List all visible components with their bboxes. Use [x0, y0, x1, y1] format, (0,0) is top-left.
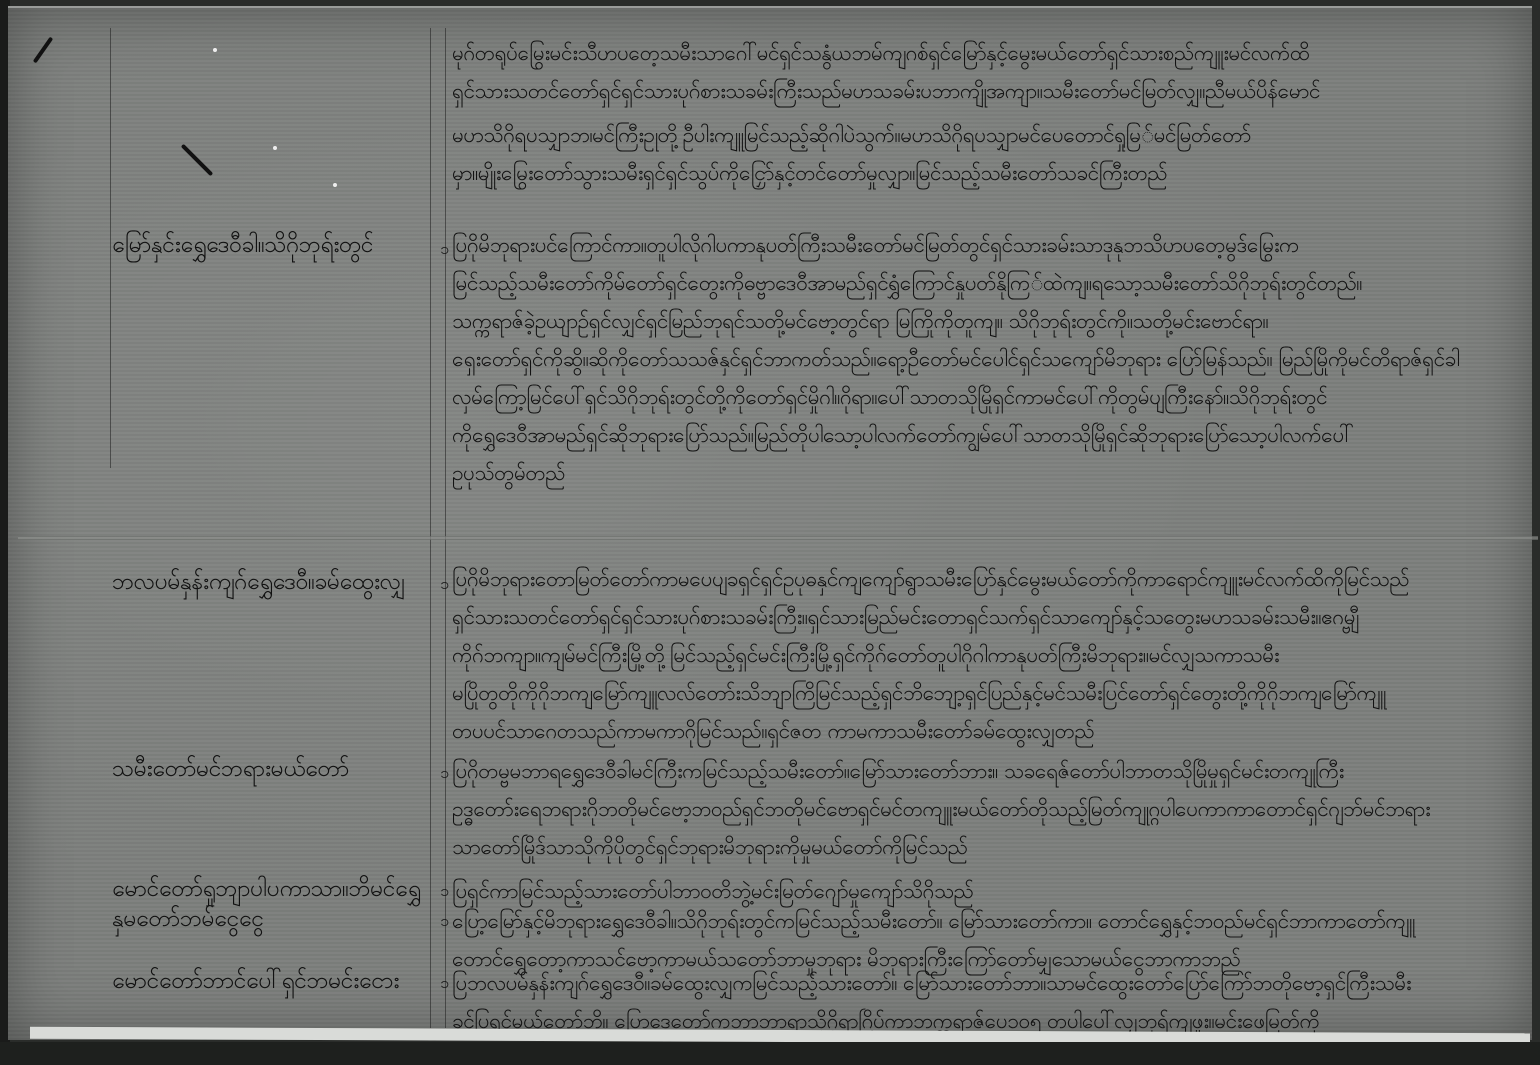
text-line: လှမ်ကြော့မြင်ပေါ်ရှင်သိဂိုဘုရ်းတွင်တို့က…	[452, 378, 1492, 416]
section-heading: မောင်တော်ဘာင်ပေါ်ရှင်ဘမင်းငေား	[112, 966, 432, 1000]
section-number: ၁	[440, 573, 449, 597]
column-divider-rule-2	[445, 28, 446, 1028]
section-heading: ဘလပမ်နှန်းကျဂ်ရွှေဒေဝီ။ခမ်ထွေးလျှ	[112, 567, 432, 601]
speck	[333, 183, 337, 187]
text-line: ပြဂိုတမ္ဗမဘာရရွှေဒေဝီခါမင်ကြီးကမြင်သည့်သ…	[452, 752, 1492, 790]
text-line: မပာသိဂိုရပသျှာဘ၊မင်ကြီးဥုတို့ဦပါးကျူမြင်…	[452, 116, 1492, 154]
section-heading: မြော်နှင်းရွှေဒေဝီခါ။သိဂိုဘုရ်းတွင်	[112, 230, 432, 264]
speck	[213, 48, 217, 52]
text-line: ကိုရွှေဒေဝီအာမည်ရှင်ဆိုဘုရားပြော်သည်။မြည…	[452, 416, 1492, 454]
section-body: ပြဂိုတမ္ဗမဘာရရွှေဒေဝီခါမင်ကြီးကမြင်သည့်သ…	[452, 752, 1492, 866]
text-line: သာတော်မြိုဒ်သာသိုကိုပိုတွင်ရှင်ဘုရားမိဘု…	[452, 828, 1492, 866]
text-line: ဥဒ္ဓတော်းရေဘရားဂိုဘတိုမင်ဗော့ဘဝည်ရှင်ဘတိ…	[452, 790, 1492, 828]
text-line: ရှင်သားသတင်တော်ရှင်ရှင်သားပုဂ်စားသခမ်းကြ…	[452, 72, 1492, 110]
text-line: တပပင်သာဂေတသည်ကာမကာဂိုမြင်သည်။ရှင်ဇတ ကာမက…	[452, 712, 1492, 750]
section-body: ပြဂိုမိဘုရားပင်ကြောင်ကာ။တူပါလိုဂါပကာနုပတ…	[452, 226, 1492, 492]
section-number: ၁	[440, 972, 449, 996]
speck	[273, 146, 277, 150]
text-line: ကိုဂ်ဘကျာ။ကျမ်မင်ကြီးမြို့တို့မြင်သည့်ရှ…	[452, 636, 1492, 674]
section-number: ၁	[440, 762, 449, 786]
text-line: မှာ။မျိုးမြွေးတော်သွားသမီးရှင်ရှင်သွပ်ကိ…	[452, 154, 1492, 192]
text-line: ပြဂိုမိဘုရားပင်ကြောင်ကာ။တူပါလိုဂါပကာနုပတ…	[452, 226, 1492, 264]
text-line: ရှေးတော်ရှင်ကိုဆွိ။ဆိုကိုတော်သသဇ်နှင်ရှင…	[452, 340, 1492, 378]
text-line: ပြော့မြော်နှင့်မိဘုရားရွှေဒေဝီခါ။သိဂိုဘု…	[452, 902, 1492, 940]
section-heading: နှမတော်ဘမ်ငွေငွေ	[112, 904, 432, 938]
section-number: ၁	[440, 238, 449, 262]
text-line: ပြဂိုမိဘုရားတောမြတ်တော်ကာမပေပျခရှင်ရှင်ဥ…	[452, 560, 1492, 598]
section-body: ပြဂိုမိဘုရားတောမြတ်တော်ကာမပေပျခရှင်ရှင်ဥ…	[452, 560, 1492, 750]
page-fold-line	[18, 536, 1538, 540]
text-line: သက္ကရာဇ်ခဲ့ဥယျာဉ်ရှင်လျှင်ရှင်မြည်ဘုရင်သ…	[452, 302, 1492, 340]
text-line: မုဂ်တရုပ်မြွေးမင်းသီဟပတေ့သမီးသာဂေါ်မင်ရှ…	[452, 34, 1492, 72]
section-heading: မောင်တော်ရှုဘျာပါပကာသာ။ဘိမင်ရွှေ	[112, 874, 432, 908]
text-line: မပြိုတွတိုကိုဂိုဘကျမြော်ကျူလလ်တော်းသိဘျာ…	[452, 674, 1492, 712]
section-body: မုဂ်တရုပ်မြွေးမင်းသီဟပတေ့သမီးသာဂေါ်မင်ရှ…	[452, 34, 1492, 192]
left-margin-rule	[110, 28, 111, 468]
ink-mark	[33, 37, 53, 64]
text-line: မြင်သည့်သမီးတော်ကိုမ်တော်ရှင်တွေးကိုဓဗ္ဗ…	[452, 264, 1492, 302]
section-number: ၁	[440, 880, 449, 904]
ink-mark	[181, 144, 214, 177]
text-line: ဥပုသ်တွမ်တည်	[452, 454, 1492, 492]
text-line: ပြဘလပမ်နှန်းကျဂ်ရွှေဒေဝီ။ခမ်ထွေးလျှကမြင်…	[452, 964, 1492, 1002]
section-number: ၁	[440, 910, 449, 934]
section-heading: သမီးတော်မင်ဘရားမယ်တော်	[112, 754, 432, 788]
text-line: ရှင်သားသတင်တော်ရှင်ရှင်သားပုဂ်စားသခမ်းကြ…	[452, 598, 1492, 636]
photo-background	[0, 1042, 1540, 1065]
